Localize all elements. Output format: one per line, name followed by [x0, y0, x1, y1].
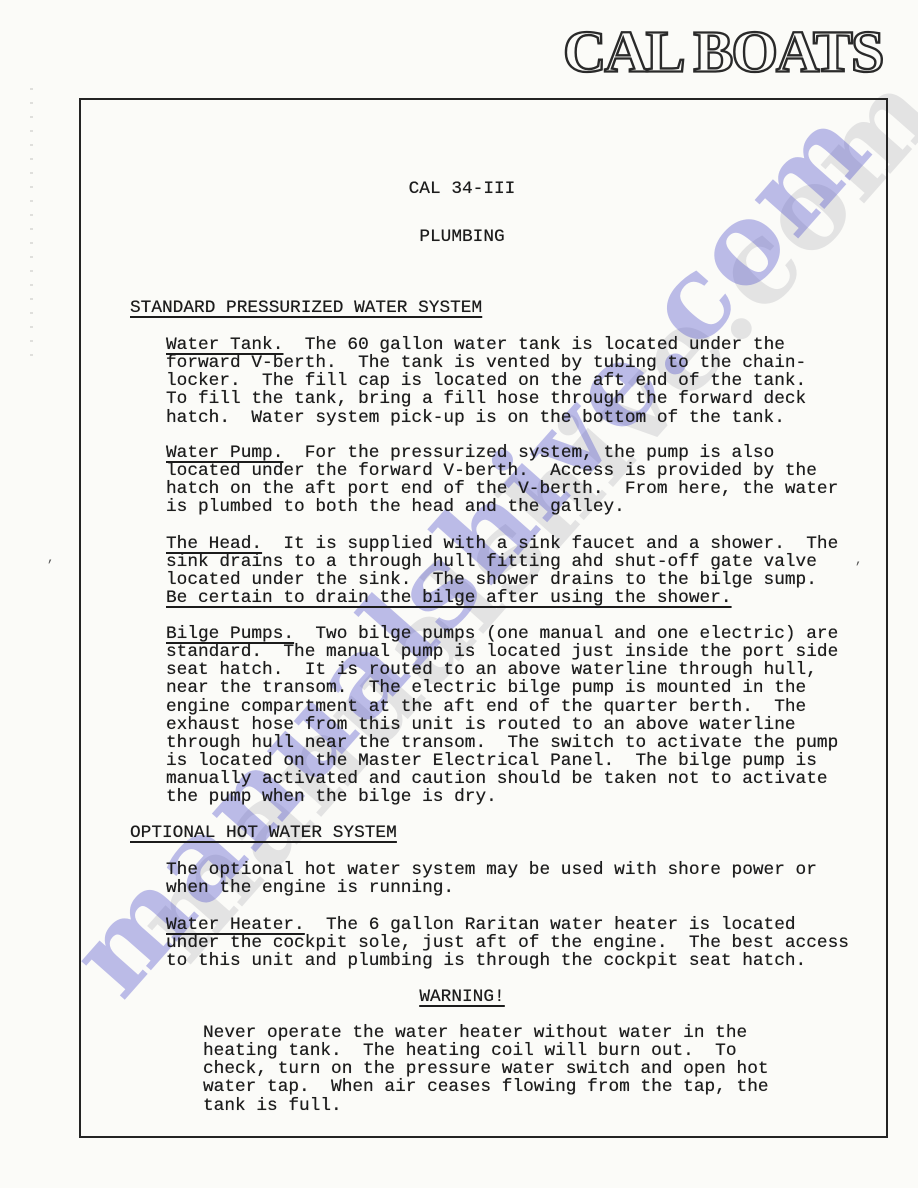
- text-line: Two bilge pumps (one manual and one elec…: [294, 624, 838, 644]
- text-line: Water Pump. For the pressurized system, …: [166, 444, 830, 462]
- paragraph-water-heater: Water Heater. The 6 gallon Raritan water…: [130, 916, 830, 970]
- paragraph-water-tank: Water Tank. The 60 gallon water tank is …: [130, 336, 830, 427]
- text-line: Bilge Pumps. Two bilge pumps (one manual…: [166, 625, 830, 643]
- text-line: tank is full.: [203, 1097, 867, 1115]
- section-heading-standard-pressurized: STANDARD PRESSURIZED WATER SYSTEM: [130, 299, 794, 317]
- paragraph-hot-water-intro: The optional hot water system may be use…: [130, 861, 830, 897]
- text-line: Water Tank. The 60 gallon water tank is …: [166, 336, 830, 354]
- text-line: engine compartment at the aft end of the…: [166, 698, 830, 716]
- text-line: The 60 gallon water tank is located unde…: [283, 335, 785, 355]
- text-line: under the cockpit sole, just aft of the …: [166, 934, 830, 952]
- text-line: It is supplied with a sink faucet and a …: [262, 534, 838, 554]
- paragraph-warning: Never operate the water heater without w…: [130, 1024, 867, 1115]
- text-line: heating tank. The heating coil will burn…: [203, 1042, 867, 1060]
- lead-water-heater: Water Heater.: [166, 915, 305, 935]
- paragraph-water-pump: Water Pump. For the pressurized system, …: [130, 444, 830, 517]
- text-line: is located on the Master Electrical Pane…: [166, 752, 830, 770]
- text-line: exhaust hose from this unit is routed to…: [166, 716, 830, 734]
- text-line: seat hatch. It is routed to an above wat…: [166, 661, 830, 679]
- warning-heading-wrap: WARNING!: [130, 988, 794, 1006]
- text-line: Never operate the water heater without w…: [203, 1024, 867, 1042]
- lead-bilge-pumps: Bilge Pumps.: [166, 624, 294, 644]
- text-line: The optional hot water system may be use…: [166, 861, 830, 879]
- lead-water-tank: Water Tank.: [166, 335, 283, 355]
- text-line: forward V-berth. The tank is vented by t…: [166, 354, 830, 372]
- scan-speck-left: ’: [46, 558, 54, 573]
- text-line: is plumbed to both the head and the gall…: [166, 498, 830, 516]
- text-line: The Head. It is supplied with a sink fau…: [166, 535, 830, 553]
- doc-subtitle: PLUMBING: [130, 228, 794, 246]
- text-line: For the pressurized system, the pump is …: [283, 443, 774, 463]
- text-line: located under the forward V-berth. Acces…: [166, 462, 830, 480]
- text-line: manually activated and caution should be…: [166, 770, 830, 788]
- text-line: when the engine is running.: [166, 879, 830, 897]
- text-line: to this unit and plumbing is through the…: [166, 952, 830, 970]
- warning-heading: WARNING!: [419, 987, 504, 1007]
- text-line: The 6 gallon Raritan water heater is loc…: [305, 915, 796, 935]
- text-line: through hull near the transom. The switc…: [166, 734, 830, 752]
- text-line: check, turn on the pressure water switch…: [203, 1060, 867, 1078]
- text-line: sink drains to a through hull fitting ah…: [166, 553, 830, 571]
- text-line: water tap. When air ceases flowing from …: [203, 1078, 867, 1096]
- lead-the-head: The Head.: [166, 534, 262, 554]
- text-line-underlined: Be certain to drain the bilge after usin…: [166, 589, 830, 607]
- text-line: standard. The manual pump is located jus…: [166, 643, 830, 661]
- scan-edge-marks: [30, 88, 33, 358]
- text-line: hatch. Water system pick-up is on the bo…: [166, 409, 830, 427]
- page-border: [79, 98, 888, 1138]
- cal-boats-logo: CAL BOATS: [563, 19, 913, 90]
- text-line: Water Heater. The 6 gallon Raritan water…: [166, 916, 830, 934]
- text-line: locker. The fill cap is located on the a…: [166, 372, 830, 390]
- paragraph-the-head: The Head. It is supplied with a sink fau…: [130, 535, 830, 608]
- text-line: To fill the tank, bring a fill hose thro…: [166, 390, 830, 408]
- doc-title: CAL 34-III: [130, 180, 794, 198]
- paragraph-bilge-pumps: Bilge Pumps. Two bilge pumps (one manual…: [130, 625, 830, 806]
- text-line: hatch on the aft port end of the V-berth…: [166, 480, 830, 498]
- section-heading-optional-hot-water: OPTIONAL HOT WATER SYSTEM: [130, 824, 794, 842]
- lead-water-pump: Water Pump.: [166, 443, 283, 463]
- text-line: located under the sink. The shower drain…: [166, 571, 830, 589]
- text-line: the pump when the bilge is dry.: [166, 788, 830, 806]
- text-line: near the transom. The electric bilge pum…: [166, 679, 830, 697]
